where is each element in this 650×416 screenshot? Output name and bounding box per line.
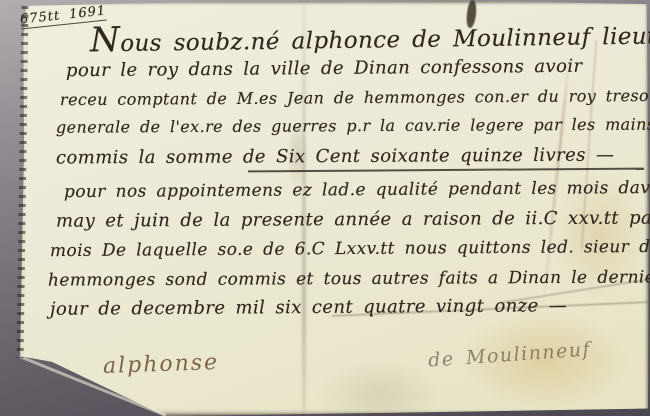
manuscript-line-4: generale de l'ex.re des guerres p.r la c…	[56, 114, 650, 136]
manuscript-line-3: receu comptant de M.es Jean de hemmonges…	[60, 86, 650, 109]
manuscript-line-10: jour de decembre mil six cent quatre vin…	[50, 295, 567, 320]
manuscript-line-2: pour le roy dans la ville de Dinan confe…	[66, 56, 583, 82]
signature-alphonse: alphonse	[103, 350, 220, 379]
manuscript-line-9: hemmonges sond commis et tous autres fai…	[48, 267, 650, 290]
manuscript-photo: 675tt 1691 Nous soubz.né alphonce de Mou…	[0, 0, 650, 416]
manuscript-line-1: Nous soubz.né alphonce de Moulinneuf lie…	[90, 12, 650, 61]
manuscript-line-7: may et juin de la presente année a raiso…	[56, 207, 650, 231]
manuscript-line-8: mois De laquelle so.e de 6.C Lxxv.tt nou…	[50, 237, 650, 261]
manuscript-line-5: commis la somme de Six Cent soixante qui…	[56, 145, 614, 169]
manuscript-line-6: pour nos appointemens ez lad.e qualité p…	[64, 178, 650, 202]
